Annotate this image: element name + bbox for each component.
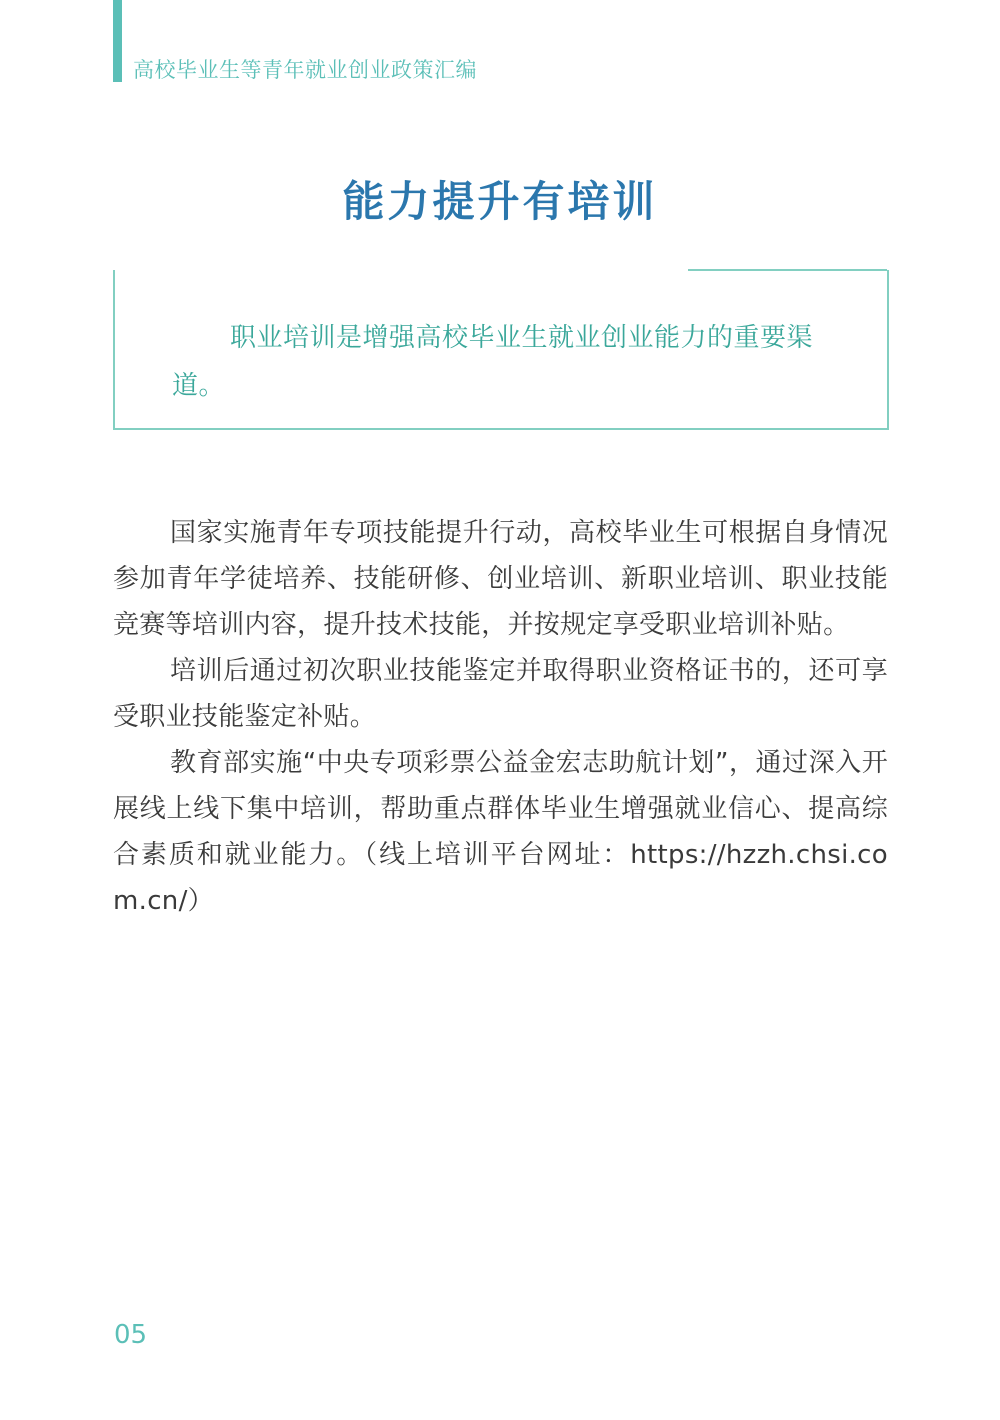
- paragraph-skill-appraisal: 培训后通过初次职业技能鉴定并取得职业资格证书的，还可享受职业技能鉴定补贴。: [113, 648, 888, 740]
- callout-box: 职业培训是增强高校毕业生就业创业能力的重要渠道。: [113, 270, 889, 430]
- publication-title: 高校毕业生等青年就业创业政策汇编: [133, 56, 477, 84]
- paragraph-skill-upgrade: 国家实施青年专项技能提升行动，高校毕业生可根据自身情况参加青年学徒培养、技能研修…: [113, 510, 888, 648]
- paragraph-hongzhi-program: 教育部实施“中央专项彩票公益金宏志助航计划”，通过深入开展线上线下集中培训，帮助…: [113, 740, 888, 924]
- body-content: 国家实施青年专项技能提升行动，高校毕业生可根据自身情况参加青年学徒培养、技能研修…: [113, 510, 888, 924]
- section-title: 能力提升有培训: [0, 172, 1000, 232]
- callout-text: 职业培训是增强高校毕业生就业创业能力的重要渠道。: [172, 314, 832, 410]
- page-number: 05: [114, 1318, 147, 1352]
- header-accent-bar: [113, 0, 122, 82]
